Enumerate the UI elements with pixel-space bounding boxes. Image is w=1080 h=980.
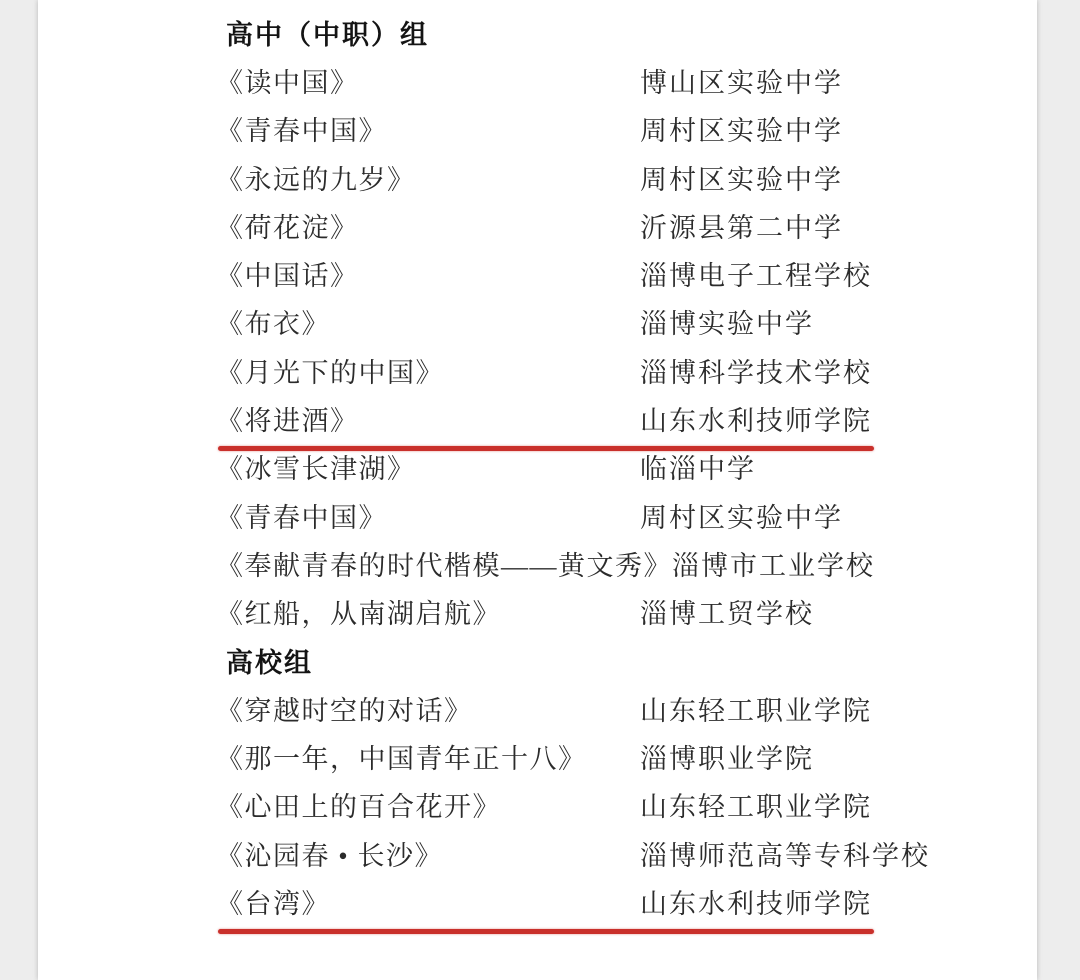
group-header-row: 高中（中职）组 xyxy=(38,8,1037,56)
table-row: 《中国话》 淄博电子工程学校 xyxy=(38,249,1037,297)
school-name: 山东轻工职业学院 xyxy=(640,689,872,728)
school-name: 山东轻工职业学院 xyxy=(640,785,872,824)
work-title: 《沁园春 • 长沙》 xyxy=(216,834,640,873)
work-title: 《奉献青春的时代楷模——黄文秀》 xyxy=(216,544,672,583)
work-title: 《台湾》 xyxy=(216,882,640,921)
table-row: 《台湾》 山东水利技师学院 xyxy=(38,877,1037,925)
table-row: 《沁园春 • 长沙》 淄博师范高等专科学校 xyxy=(38,829,1037,877)
work-title: 《那一年，中国青年正十八》 xyxy=(216,737,640,776)
work-title: 《将进酒》 xyxy=(216,399,640,438)
award-list: 高中（中职）组 《读中国》 博山区实验中学 《青春中国》 周村区实验中学 《永远… xyxy=(38,0,1037,934)
school-name: 博山区实验中学 xyxy=(640,61,843,100)
work-title: 《红船，从南湖启航》 xyxy=(216,592,640,631)
school-name: 山东水利技师学院 xyxy=(640,399,872,438)
school-name: 淄博师范高等专科学校 xyxy=(640,834,930,873)
school-name: 临淄中学 xyxy=(640,447,756,486)
table-row: 《将进酒》 山东水利技师学院 xyxy=(38,394,1037,442)
school-name: 淄博实验中学 xyxy=(640,302,814,341)
table-row: 《那一年，中国青年正十八》 淄博职业学院 xyxy=(38,732,1037,780)
table-row: 《奉献青春的时代楷模——黄文秀》 淄博市工业学校 xyxy=(38,539,1037,587)
table-row: 《青春中国》 周村区实验中学 xyxy=(38,105,1037,153)
school-name: 周村区实验中学 xyxy=(640,158,843,197)
work-title: 《青春中国》 xyxy=(216,109,640,148)
table-row: 《荷花淀》 沂源县第二中学 xyxy=(38,201,1037,249)
school-name: 山东水利技师学院 xyxy=(640,882,872,921)
work-title: 《中国话》 xyxy=(216,254,640,293)
school-name: 淄博科学技术学校 xyxy=(640,351,872,390)
work-title: 《布衣》 xyxy=(216,302,640,341)
work-title: 《心田上的百合花开》 xyxy=(216,785,640,824)
table-row: 《永远的九岁》 周村区实验中学 xyxy=(38,153,1037,201)
table-row: 《青春中国》 周村区实验中学 xyxy=(38,491,1037,539)
red-underline xyxy=(218,929,874,934)
school-name: 沂源县第二中学 xyxy=(640,206,843,245)
table-row: 《红船，从南湖启航》 淄博工贸学校 xyxy=(38,588,1037,636)
work-title: 《穿越时空的对话》 xyxy=(216,689,640,728)
document-page: 高中（中职）组 《读中国》 博山区实验中学 《青春中国》 周村区实验中学 《永远… xyxy=(38,0,1037,980)
group-header-row: 高校组 xyxy=(38,636,1037,684)
table-row: 《冰雪长津湖》 临淄中学 xyxy=(38,443,1037,491)
work-title: 《冰雪长津湖》 xyxy=(216,447,640,486)
work-title: 《月光下的中国》 xyxy=(216,351,640,390)
work-title: 《荷花淀》 xyxy=(216,206,640,245)
school-name: 淄博工贸学校 xyxy=(640,592,814,631)
school-name: 周村区实验中学 xyxy=(640,109,843,148)
table-row: 《心田上的百合花开》 山东轻工职业学院 xyxy=(38,781,1037,829)
table-row: 《月光下的中国》 淄博科学技术学校 xyxy=(38,346,1037,394)
school-name: 周村区实验中学 xyxy=(640,496,843,535)
school-name: 淄博电子工程学校 xyxy=(640,254,872,293)
work-title: 《永远的九岁》 xyxy=(216,158,640,197)
school-name: 淄博市工业学校 xyxy=(672,544,875,583)
school-name: 淄博职业学院 xyxy=(640,737,814,776)
table-row: 《穿越时空的对话》 山东轻工职业学院 xyxy=(38,684,1037,732)
work-title: 《读中国》 xyxy=(216,61,640,100)
table-row: 《布衣》 淄博实验中学 xyxy=(38,298,1037,346)
work-title: 《青春中国》 xyxy=(216,496,640,535)
table-row: 《读中国》 博山区实验中学 xyxy=(38,56,1037,104)
group-header-label: 高中（中职）组 xyxy=(216,13,429,52)
group-header-label: 高校组 xyxy=(216,641,313,680)
